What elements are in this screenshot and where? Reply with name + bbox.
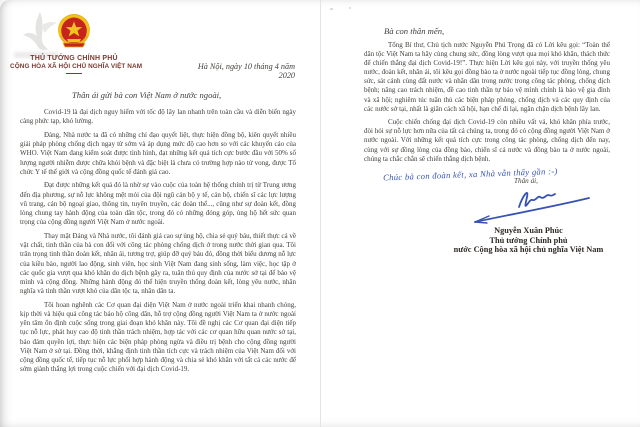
letter-body-left: Covid-19 là đại dịch nguy hiểm với tốc đ… [20,108,296,379]
letter-paragraph: Tổng Bí thư, Chủ tịch nước Nguyễn Phú Tr… [364,41,610,114]
letter-paragraph: Đạt được những kết quả đó là nhờ sự vào … [20,181,296,227]
scan-speck [330,8,333,10]
scanned-letter: THỦ TƯỚNG CHÍNH PHỦ CỘNG HÒA XÃ HỘI CHỦ … [0,0,640,427]
letterhead-rule [66,73,82,74]
signer-country: nước Cộng hòa xã hội chủ nghĩa Việt Nam [421,245,636,255]
vietnam-emblem-icon [55,12,93,52]
letter-page-2: Bà con thân mến, Tổng Bí thư, Chủ tịch n… [320,0,640,427]
closing-phrase: Thân ái, [514,177,538,185]
signer-title: Thủ tướng Chính phủ [421,236,636,246]
signer-block: Nguyễn Xuân Phúc Thủ tướng Chính phủ nướ… [421,226,636,255]
letter-paragraph: Đảng, Nhà nước ta đã có những chỉ đạo qu… [20,131,296,177]
salutation-right: Bà con thân mến, [384,26,444,36]
letterhead-agency: THỦ TƯỚNG CHÍNH PHỦ [10,55,138,63]
salutation-left: Thân ái gửi bà con Việt Nam ở nước ngoài… [72,90,221,100]
letter-body-right: Tổng Bí thư, Chủ tịch nước Nguyễn Phú Tr… [364,41,610,168]
signature-icon [467,185,597,227]
letter-paragraph: Thay mặt Đảng và Nhà nước, tôi đánh giá … [20,232,296,296]
letterhead: THỦ TƯỚNG CHÍNH PHỦ CỘNG HÒA XÃ HỘI CHỦ … [10,12,138,74]
letterhead-nation: CỘNG HÒA XÃ HỘI CHỦ NGHĨA VIỆT NAM [10,63,138,71]
scan-speck [349,7,351,9]
letter-page-1: THỦ TƯỚNG CHÍNH PHỦ CỘNG HÒA XÃ HỘI CHỦ … [0,0,320,427]
signer-name: Nguyễn Xuân Phúc [421,226,636,236]
letter-paragraph: Covid-19 là đại dịch nguy hiểm với tốc đ… [20,108,296,126]
date-line: Hà Nội, ngày 10 tháng 4 năm 2020 [190,62,295,80]
letter-paragraph: Tôi hoan nghênh các Cơ quan đại diện Việ… [20,301,296,375]
letter-paragraph: Cuộc chiến chống đại dịch Covid-19 còn n… [364,118,610,163]
